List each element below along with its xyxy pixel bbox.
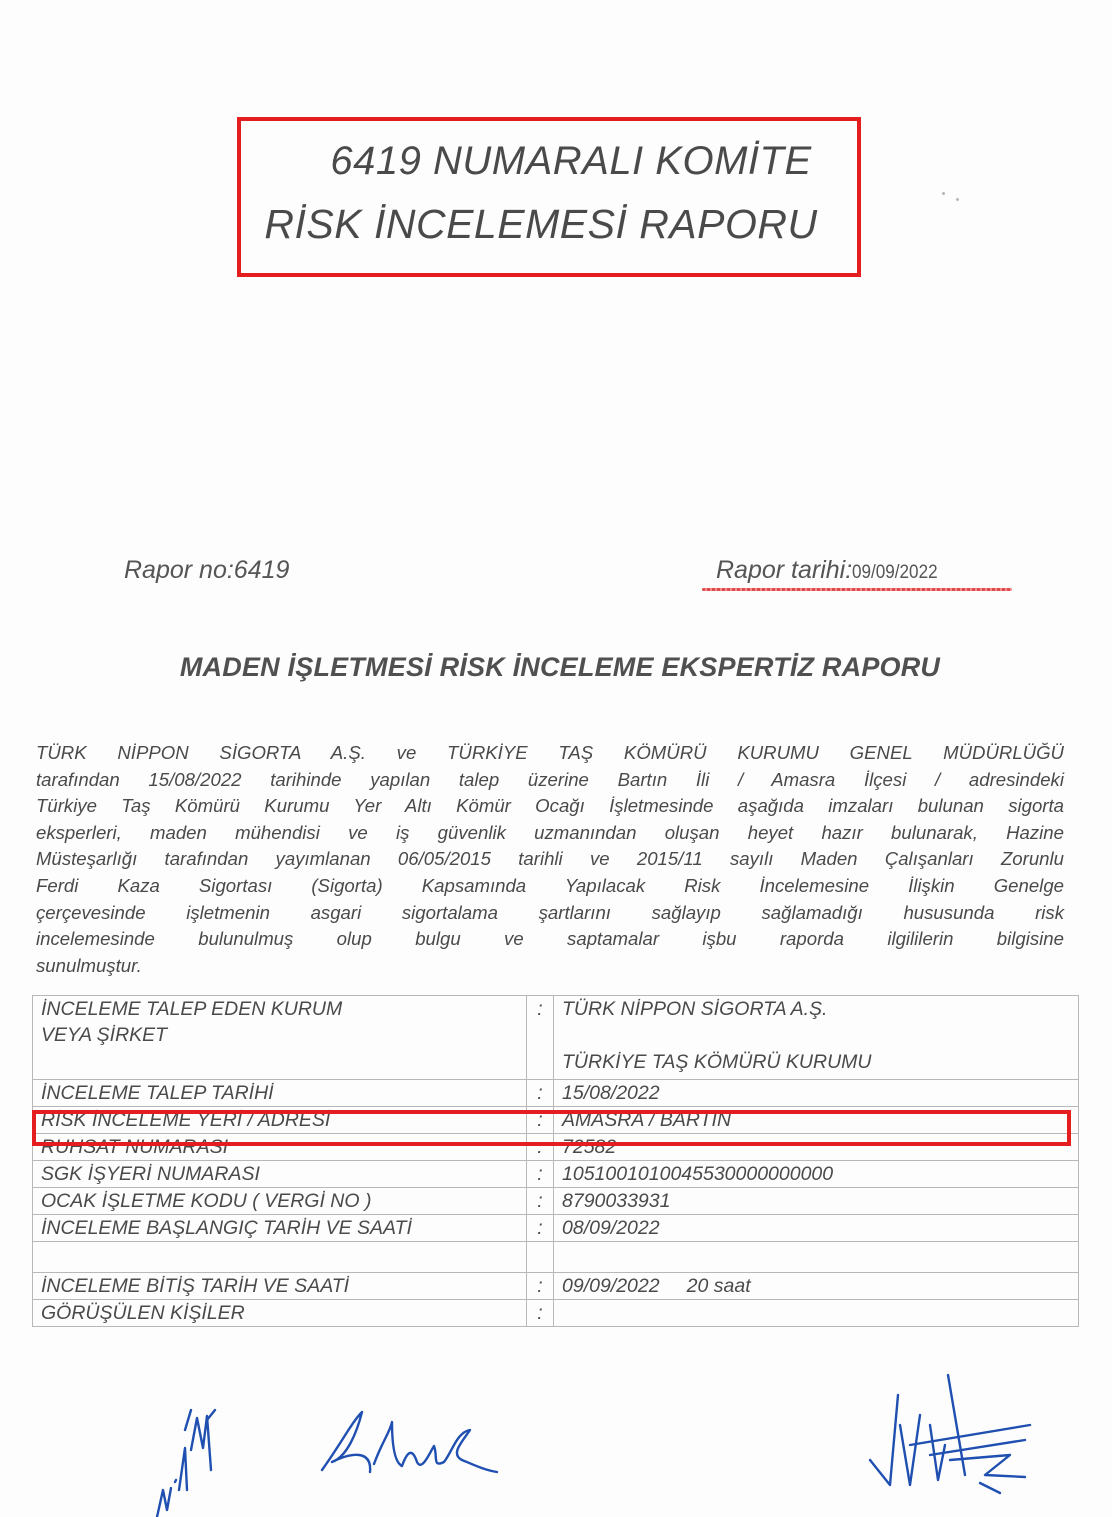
body-line: tarafından 15/08/2022 tarihinde yapılan … bbox=[36, 767, 1064, 794]
signature-3-icon bbox=[850, 1365, 1050, 1505]
body-line: çerçevesinde işletmenin asgari sigortala… bbox=[36, 900, 1064, 927]
table-row: İNCELEME BAŞLANGIÇ TARİH VE SAATİ : 08/0… bbox=[33, 1215, 1079, 1242]
body-line: sunulmuştur. bbox=[36, 953, 1064, 980]
row-label bbox=[33, 1242, 527, 1273]
scan-speck bbox=[956, 198, 959, 201]
row-value: 15/08/2022 bbox=[554, 1080, 1079, 1107]
signature-2-icon bbox=[312, 1402, 502, 1482]
table-row: İNCELEME TALEP TARİHİ : 15/08/2022 bbox=[33, 1080, 1079, 1107]
row-label-line: İNCELEME TALEP EDEN KURUM bbox=[41, 996, 518, 1022]
body-line: TÜRK NİPPON SİGORTA A.Ş. ve TÜRKİYE TAŞ … bbox=[36, 740, 1064, 767]
row-value-line: TÜRK NİPPON SİGORTA A.Ş. bbox=[562, 996, 1070, 1022]
body-line: Müsteşarlığı tarafından yayımlanan 06/05… bbox=[36, 846, 1064, 873]
row-value bbox=[554, 1242, 1079, 1273]
row-separator: : bbox=[527, 996, 554, 1080]
row-label: İNCELEME BİTİŞ TARİH VE SAATİ bbox=[33, 1273, 527, 1300]
row-separator: : bbox=[527, 1300, 554, 1327]
table-row: SGK İŞYERİ NUMARASI : 105100101004553000… bbox=[33, 1161, 1079, 1188]
row-value: 8790033931 bbox=[554, 1188, 1079, 1215]
row-value-line: TÜRKİYE TAŞ KÖMÜRÜ KURUMU bbox=[562, 1049, 1070, 1075]
body-paragraph: TÜRK NİPPON SİGORTA A.Ş. ve TÜRKİYE TAŞ … bbox=[36, 740, 1064, 979]
row-separator: : bbox=[527, 1273, 554, 1300]
report-date: Rapor tarihi: 09/09/2022 bbox=[716, 556, 947, 585]
body-line: eksperleri, maden mühendisi ve iş güvenl… bbox=[36, 820, 1064, 847]
row-value: 09/09/2022 20 saat bbox=[554, 1273, 1079, 1300]
row-separator: : bbox=[527, 1188, 554, 1215]
row-label: GÖRÜŞÜLEN KİŞİLER bbox=[33, 1300, 527, 1327]
row-separator: : bbox=[527, 1215, 554, 1242]
row-value: 08/09/2022 bbox=[554, 1215, 1079, 1242]
table-row-empty bbox=[33, 1242, 1079, 1273]
address-row-red-highlight bbox=[32, 1110, 1071, 1146]
table-row: İNCELEME TALEP EDEN KURUM VEYA ŞİRKET : … bbox=[33, 996, 1079, 1080]
row-value bbox=[554, 1300, 1079, 1327]
report-date-label: Rapor tarihi: bbox=[716, 556, 852, 584]
scan-speck bbox=[942, 192, 945, 195]
report-number: Rapor no:6419 bbox=[124, 556, 289, 585]
row-label: İNCELEME TALEP EDEN KURUM VEYA ŞİRKET bbox=[33, 996, 527, 1080]
row-label: İNCELEME TALEP TARİHİ bbox=[33, 1080, 527, 1107]
table-row: OCAK İŞLETME KODU ( VERGİ NO ) : 8790033… bbox=[33, 1188, 1079, 1215]
row-label: SGK İŞYERİ NUMARASI bbox=[33, 1161, 527, 1188]
title-line-2: RİSK İNCELEMESİ RAPORU bbox=[233, 201, 849, 248]
table-row: İNCELEME BİTİŞ TARİH VE SAATİ : 09/09/20… bbox=[33, 1273, 1079, 1300]
row-label: OCAK İŞLETME KODU ( VERGİ NO ) bbox=[33, 1188, 527, 1215]
row-separator: : bbox=[527, 1080, 554, 1107]
row-label: İNCELEME BAŞLANGIÇ TARİH VE SAATİ bbox=[33, 1215, 527, 1242]
document-subtitle: MADEN İŞLETMESİ RİSK İNCELEME EKSPERTİZ … bbox=[0, 652, 1112, 683]
row-label-line: VEYA ŞİRKET bbox=[41, 1022, 518, 1048]
body-line: Ferdi Kaza Sigortası (Sigorta) Kapsamınd… bbox=[36, 873, 1064, 900]
body-line: incelemesinde bulunulmuş olup bulgu ve s… bbox=[36, 926, 1064, 953]
row-value: 1051001010045530000000000 bbox=[554, 1161, 1079, 1188]
inspection-info-table: İNCELEME TALEP EDEN KURUM VEYA ŞİRKET : … bbox=[32, 995, 1079, 1327]
row-separator: : bbox=[527, 1161, 554, 1188]
row-separator bbox=[527, 1242, 554, 1273]
date-red-underline bbox=[702, 588, 1012, 591]
body-line: Türkiye Taş Kömürü Kurumu Yer Altı Kömür… bbox=[36, 793, 1064, 820]
report-date-value: 09/09/2022 bbox=[852, 562, 938, 584]
title-line-1: 6419 NUMARALI KOMİTE bbox=[263, 139, 879, 184]
row-value: TÜRK NİPPON SİGORTA A.Ş. TÜRKİYE TAŞ KÖM… bbox=[554, 996, 1079, 1080]
signature-1-icon bbox=[145, 1370, 225, 1517]
table-row: GÖRÜŞÜLEN KİŞİLER : bbox=[33, 1300, 1079, 1327]
title-highlight-box: 6419 NUMARALI KOMİTE RİSK İNCELEMESİ RAP… bbox=[237, 117, 861, 277]
